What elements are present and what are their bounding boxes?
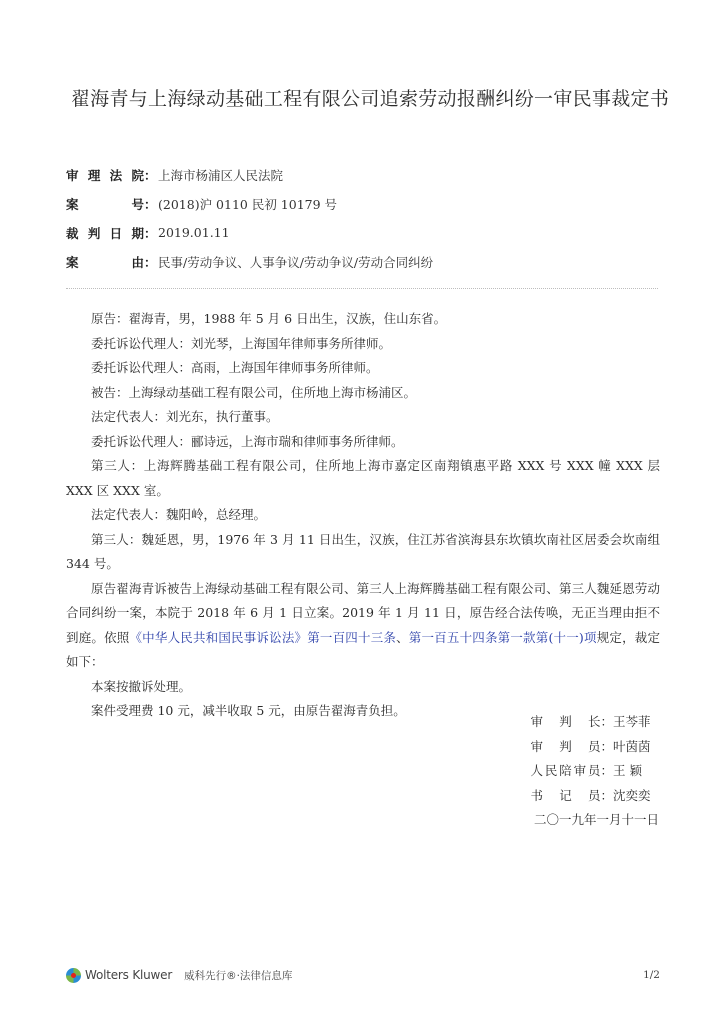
- signature-date: 二〇一九年一月十一日: [530, 808, 659, 833]
- meta-value-cause: 民事/劳动争议、人事争议/劳动争议/劳动合同纠纷: [158, 253, 433, 271]
- paragraph-ruling: 本案按撤诉处理。: [66, 675, 660, 700]
- sig-name: 王芩菲: [613, 710, 659, 735]
- signature-clerk: 书 记 员 ： 沈奕奕: [530, 784, 659, 809]
- paragraph-defendant-representative: 法定代表人：刘光东，执行董事。: [66, 405, 660, 430]
- paragraph-plaintiff: 原告：翟海青，男，1988 年 5 月 6 日出生，汉族，住山东省。: [66, 307, 660, 332]
- meta-label: 裁 判 日 期: [66, 224, 144, 242]
- meta-label: 案 号: [66, 195, 144, 213]
- colon: ：: [144, 224, 158, 242]
- label-char: 员: [588, 784, 601, 809]
- sig-name: 王 颖: [613, 759, 659, 784]
- label-char: 记: [559, 784, 572, 809]
- signature-people-assessor: 人 民 陪 审 员 ： 王 颖: [530, 759, 659, 784]
- paragraph-defendant: 被告：上海绿动基础工程有限公司，住所地上海市杨浦区。: [66, 381, 660, 406]
- colon: ：: [600, 710, 613, 735]
- label-char: 审: [66, 166, 79, 184]
- label-char: 判: [559, 735, 572, 760]
- separator: 、: [396, 630, 409, 645]
- label-char: 书: [530, 784, 543, 809]
- law-link-civil-procedure-143[interactable]: 《中华人民共和国民事诉讼法》第一百四十三条: [129, 630, 396, 645]
- date-chinese: 二〇一九年一月十一日: [534, 808, 659, 833]
- sig-label: 书 记 员: [530, 784, 600, 809]
- label-char: 号: [131, 195, 144, 213]
- document-title: 翟海青与上海绿动基础工程有限公司追索劳动报酬纠纷一审民事裁定书: [70, 86, 670, 113]
- label-char: 案: [66, 195, 79, 213]
- meta-row-cause: 案 由 ： 民事/劳动争议、人事争议/劳动争议/劳动合同纠纷: [66, 247, 666, 276]
- label-char: 裁: [66, 224, 79, 242]
- label-char: 期: [131, 224, 144, 242]
- sig-name: 沈奕奕: [613, 784, 659, 809]
- sig-label: 审 判 长: [530, 710, 600, 735]
- wolters-kluwer-logo-icon: [66, 968, 81, 983]
- signature-judge: 审 判 员 ： 叶茵茵: [530, 735, 659, 760]
- paragraph-third-party-1-representative: 法定代表人：魏阳岭，总经理。: [66, 503, 660, 528]
- case-metadata: 审 理 法 院 ： 上海市杨浦区人民法院 案 号 ： (2018)沪 0110 …: [66, 160, 666, 276]
- colon: ：: [600, 784, 613, 809]
- meta-row-judgment-date: 裁 判 日 期 ： 2019.01.11: [66, 218, 666, 247]
- label-char: 人: [530, 759, 543, 784]
- meta-row-court: 审 理 法 院 ： 上海市杨浦区人民法院: [66, 160, 666, 189]
- meta-label: 审 理 法 院: [66, 166, 144, 184]
- paragraph-plaintiff-agent-2: 委托诉讼代理人：高雨，上海国年律师事务所律师。: [66, 356, 660, 381]
- law-link-civil-procedure-154[interactable]: 第一百五十四条第一款第(十一)项: [409, 630, 597, 645]
- meta-label: 案 由: [66, 253, 144, 271]
- colon: ：: [600, 759, 613, 784]
- dotted-divider: [66, 288, 658, 289]
- sig-label: 人 民 陪 审 员: [530, 759, 600, 784]
- label-char: 审: [530, 735, 543, 760]
- meta-value-judgment-date: 2019.01.11: [158, 225, 230, 240]
- page-number: 1/2: [643, 969, 660, 981]
- signature-block: 审 判 长 ： 王芩菲 审 判 员 ： 叶茵茵 人 民 陪 审 员 ： 王 颖 …: [530, 710, 659, 833]
- label-char: 判: [88, 224, 101, 242]
- brand-name: Wolters Kluwer: [85, 968, 172, 982]
- label-char: 案: [66, 253, 79, 271]
- paragraph-plaintiff-agent-1: 委托诉讼代理人：刘光琴，上海国年律师事务所律师。: [66, 332, 660, 357]
- colon: ：: [144, 166, 158, 184]
- label-char: 陪: [559, 759, 572, 784]
- paragraph-case-facts: 原告翟海青诉被告上海绿动基础工程有限公司、第三人上海辉腾基础工程有限公司、第三人…: [66, 577, 660, 675]
- document-body: 原告：翟海青，男，1988 年 5 月 6 日出生，汉族，住山东省。 委托诉讼代…: [66, 307, 660, 724]
- paragraph-third-party-1: 第三人：上海辉腾基础工程有限公司，住所地上海市嘉定区南翔镇惠平路 XXX 号 X…: [66, 454, 660, 503]
- label-char: 判: [559, 710, 572, 735]
- label-char: 理: [88, 166, 101, 184]
- page-footer: Wolters Kluwer 威科先行®·法律信息库 1/2: [66, 962, 660, 988]
- paragraph-defendant-agent: 委托诉讼代理人：郦诗远，上海市瑞和律师事务所律师。: [66, 430, 660, 455]
- meta-value-court: 上海市杨浦区人民法院: [158, 166, 283, 184]
- label-char: 法: [110, 166, 123, 184]
- label-char: 日: [110, 224, 123, 242]
- label-char: 审: [530, 710, 543, 735]
- label-char: 长: [588, 710, 601, 735]
- label-char: 员: [588, 735, 601, 760]
- colon: ：: [144, 195, 158, 213]
- label-char: 员: [588, 759, 601, 784]
- meta-value-case-number: (2018)沪 0110 民初 10179 号: [158, 195, 337, 213]
- label-char: 审: [574, 759, 587, 784]
- paragraph-third-party-2: 第三人：魏延恩，男，1976 年 3 月 11 日出生，汉族，住江苏省滨海县东坎…: [66, 528, 660, 577]
- colon: ：: [144, 253, 158, 271]
- meta-row-case-number: 案 号 ： (2018)沪 0110 民初 10179 号: [66, 189, 666, 218]
- label-char: 院: [131, 166, 144, 184]
- brand-name-chinese: 威科先行®·法律信息库: [184, 968, 292, 983]
- label-char: 民: [545, 759, 558, 784]
- signature-presiding-judge: 审 判 长 ： 王芩菲: [530, 710, 659, 735]
- label-char: 由: [131, 253, 144, 271]
- colon: ：: [600, 735, 613, 760]
- sig-name: 叶茵茵: [613, 735, 659, 760]
- sig-label: 审 判 员: [530, 735, 600, 760]
